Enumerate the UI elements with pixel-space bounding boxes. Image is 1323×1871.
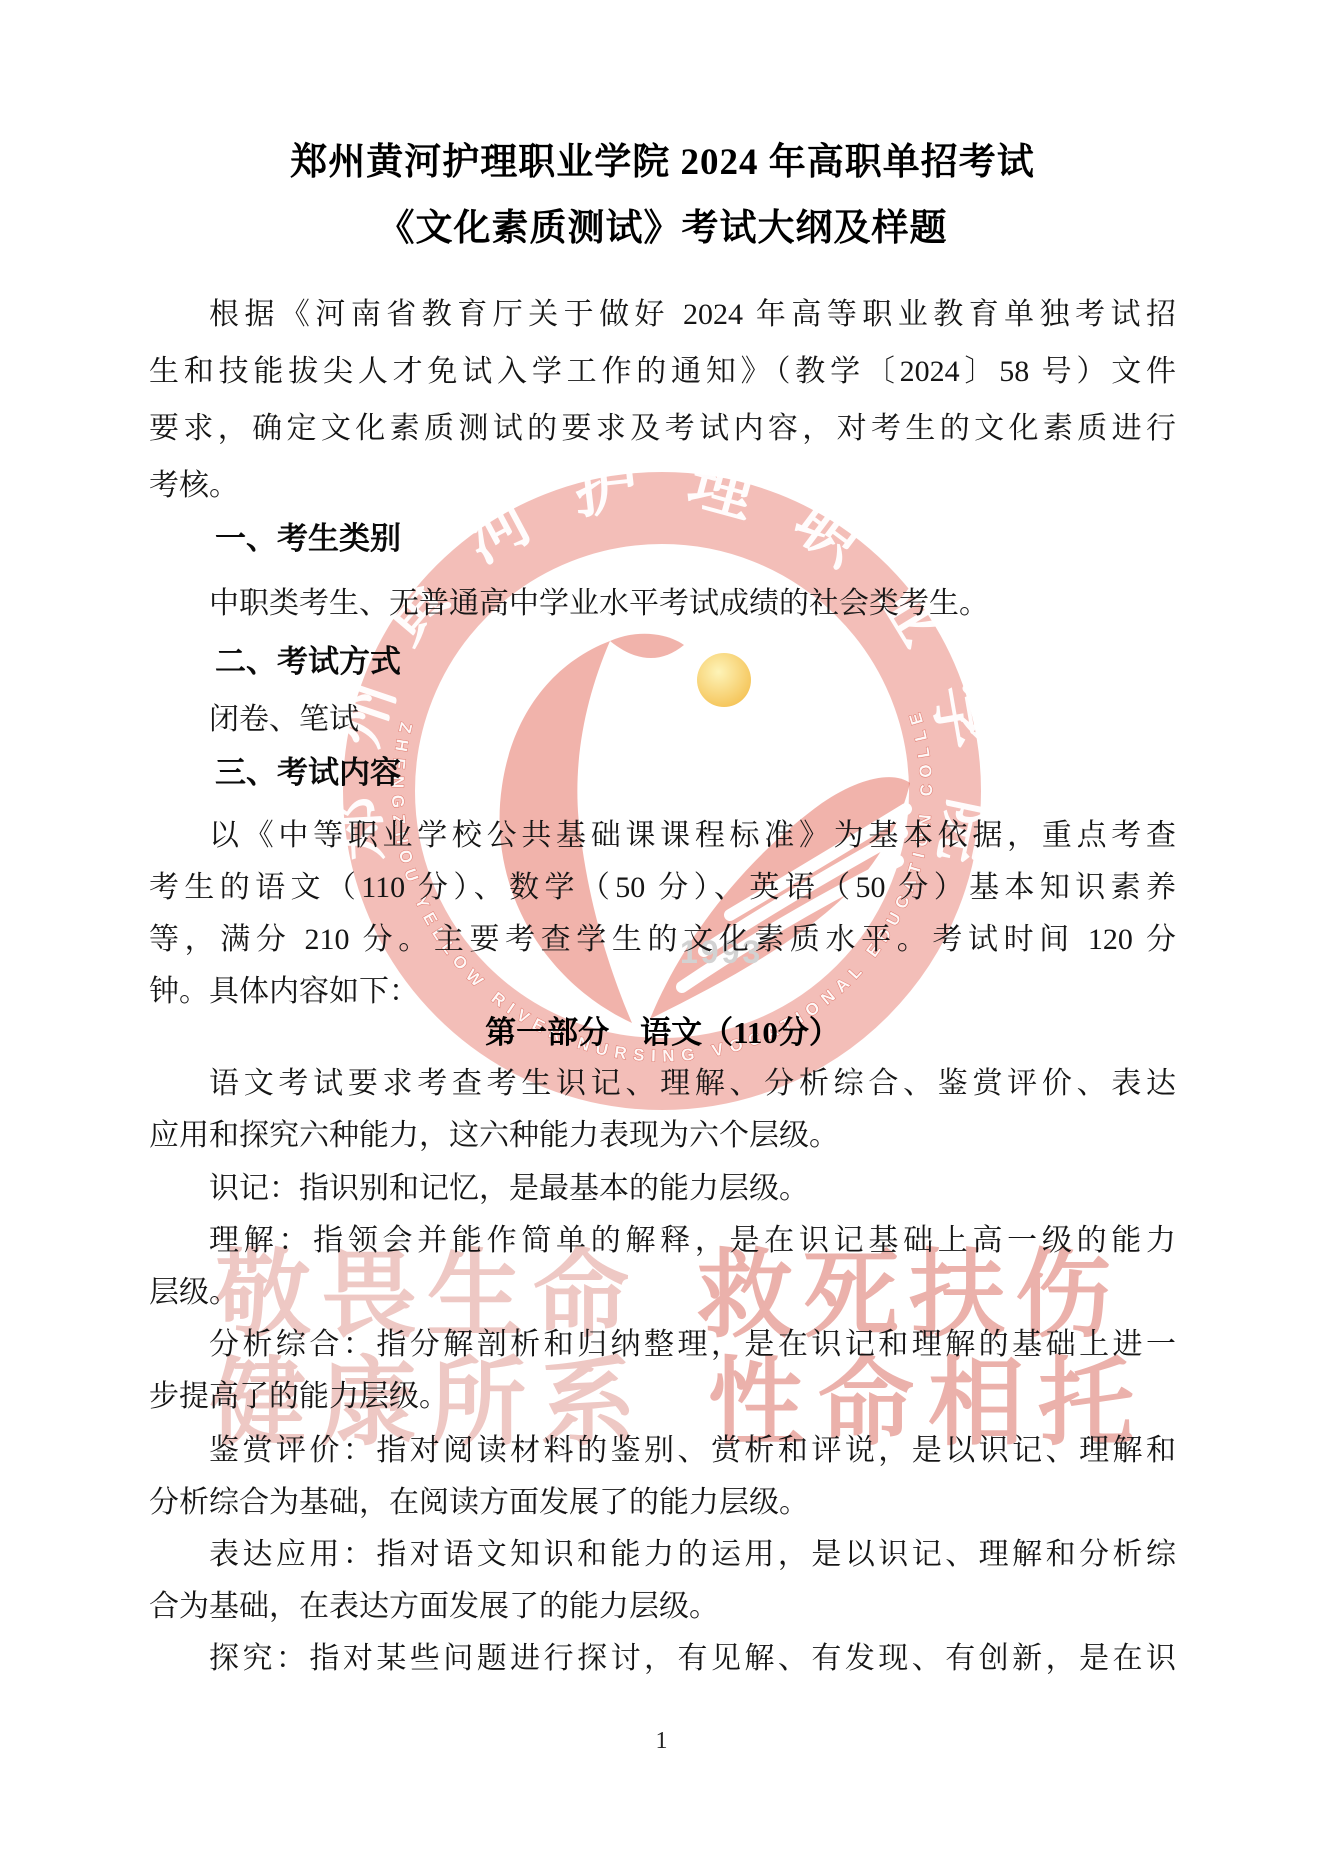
section-heading-exam-format: 二、考试方式	[149, 639, 1242, 685]
paragraph-line: 应用和探究六种能力，这六种能力表现为六个层级。	[149, 1110, 1176, 1162]
jianshang-paragraph: 鉴赏评价：指对阅读材料的鉴别、赏析和评说，是以识记、理解和 分析综合为基础，在阅…	[149, 1425, 1176, 1529]
page-number: 1	[0, 1728, 1323, 1755]
paragraph-line: 语文考试要求考查考生识记、理解、分析综合、鉴赏评价、表达	[149, 1058, 1176, 1110]
paragraph-line: 表达应用：指对语文知识和能力的运用，是以识记、理解和分析综	[149, 1529, 1176, 1581]
intro-paragraph: 根据《河南省教育厅关于做好 2024 年高等职业教育单独考试招 生和技能拔尖人才…	[149, 286, 1176, 514]
tanjiu-paragraph: 探究：指对某些问题进行探讨，有见解、有发现、有创新，是在识	[149, 1633, 1176, 1685]
exam-content-paragraph: 以《中等职业学校公共基础课课程标准》为基本依据，重点考查 考生的语文（110 分…	[149, 810, 1176, 1018]
section-body: 闭卷、笔试	[149, 694, 1176, 746]
paragraph-line: 步提高了的能力层级。	[149, 1371, 1176, 1423]
paragraph-line: 根据《河南省教育厅关于做好 2024 年高等职业教育单独考试招	[149, 286, 1176, 343]
paragraph-line: 考核。	[149, 457, 1176, 514]
document-title-line1: 郑州黄河护理职业学院 2024 年高职单招考试	[149, 138, 1176, 188]
paragraph-line: 考生的语文（110 分）、数学（50 分）、英语（50 分）基本知识素养	[149, 862, 1176, 914]
section-body: 中职类考生、无普通高中学业水平考试成绩的社会类考生。	[149, 578, 1176, 630]
paragraph-line: 鉴赏评价：指对阅读材料的鉴别、赏析和评说，是以识记、理解和	[149, 1425, 1176, 1477]
lijie-paragraph: 理解：指领会并能作简单的解释，是在识记基础上高一级的能力 层级。	[149, 1215, 1176, 1319]
paragraph-line: 理解：指领会并能作简单的解释，是在识记基础上高一级的能力	[149, 1215, 1176, 1267]
section-heading-candidate-types: 一、考生类别	[149, 516, 1242, 562]
biaoda-paragraph: 表达应用：指对语文知识和能力的运用，是以识记、理解和分析综 合为基础，在表达方面…	[149, 1529, 1176, 1633]
shiji-paragraph: 识记：指识别和记忆，是最基本的能力层级。	[149, 1163, 1176, 1215]
paragraph-line: 探究：指对某些问题进行探讨，有见解、有发现、有创新，是在识	[149, 1633, 1176, 1685]
paragraph-line: 要求，确定文化素质测试的要求及考试内容，对考生的文化素质进行	[149, 400, 1176, 457]
chinese-abilities-paragraph: 语文考试要求考查考生识记、理解、分析综合、鉴赏评价、表达 应用和探究六种能力，这…	[149, 1058, 1176, 1162]
part1-heading: 第一部分 语文（110分）	[149, 1010, 1176, 1056]
document-title-line2: 《文化素质测试》考试大纲及样题	[149, 204, 1176, 254]
paragraph-line: 等，满分 210 分。主要考查学生的文化素质水平。考试时间 120 分	[149, 914, 1176, 966]
paragraph-line: 层级。	[149, 1267, 1176, 1319]
document-page: 郑州黄河护理职业学院 ZHENGZHOU YELLOW RIVER NURSIN…	[0, 0, 1323, 1871]
paragraph-line: 生和技能拔尖人才免试入学工作的通知》（教学〔2024〕58 号）文件	[149, 343, 1176, 400]
fenxi-paragraph: 分析综合：指分解剖析和归纳整理，是在识记和理解的基础上进一 步提高了的能力层级。	[149, 1319, 1176, 1423]
paragraph-line: 以《中等职业学校公共基础课课程标准》为基本依据，重点考查	[149, 810, 1176, 862]
paragraph-line: 合为基础，在表达方面发展了的能力层级。	[149, 1581, 1176, 1633]
section-heading-exam-content: 三、考试内容	[149, 750, 1242, 796]
paragraph-line: 识记：指识别和记忆，是最基本的能力层级。	[149, 1163, 1176, 1215]
paragraph-line: 分析综合：指分解剖析和归纳整理，是在识记和理解的基础上进一	[149, 1319, 1176, 1371]
paragraph-line: 分析综合为基础，在阅读方面发展了的能力层级。	[149, 1477, 1176, 1529]
